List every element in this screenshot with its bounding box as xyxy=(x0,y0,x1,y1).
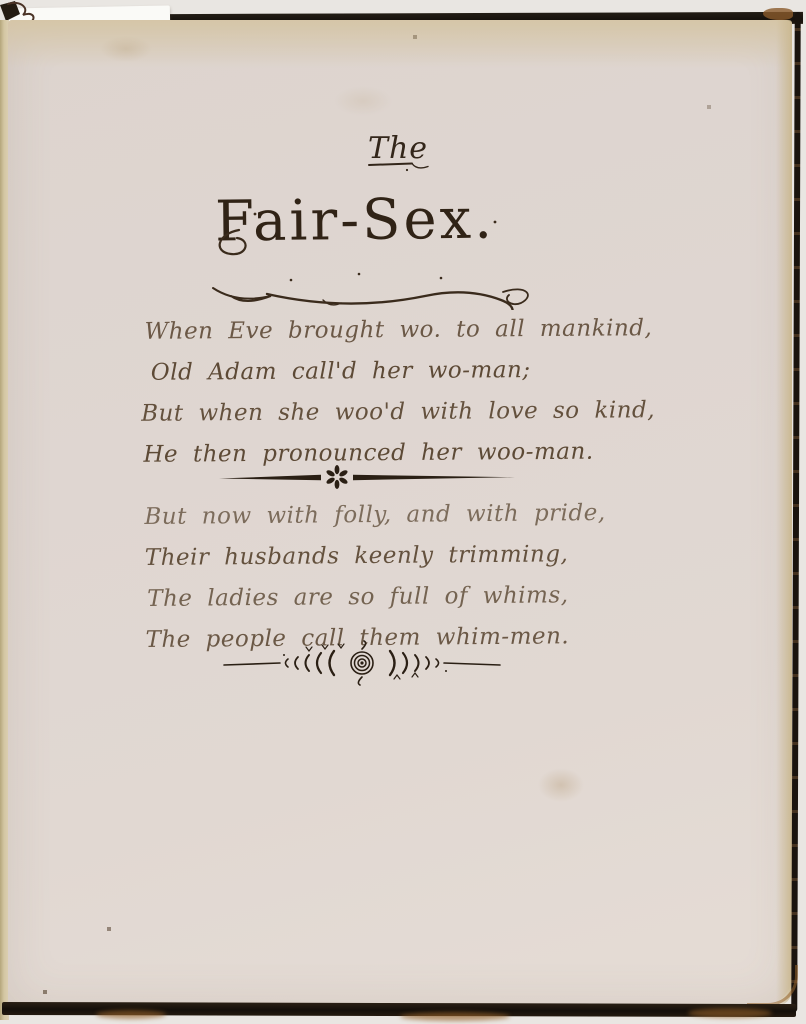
paper-stain xyxy=(100,36,152,62)
poem-line: But when she woo'd with love so kind, xyxy=(141,390,655,435)
paper-specks xyxy=(8,20,10,22)
poem-line: When Eve brought wo. to all mankind, xyxy=(144,308,654,353)
album-book-scan: The Fair-Sex. When Eve brought xyxy=(0,0,806,1024)
poem-stanza-1: When Eve brought wo. to all mankind, Old… xyxy=(144,308,655,476)
poem-line: The ladies are so full of whims, xyxy=(147,575,607,620)
wear-smudge xyxy=(96,1010,166,1019)
paper-stain xyxy=(334,86,392,116)
book-cover-right-edge xyxy=(791,12,800,1012)
worn-corner-top-right xyxy=(763,8,793,20)
rosette-divider-icon xyxy=(217,464,517,492)
poem-line: Old Adam call'd her wo-man; xyxy=(151,349,655,394)
poem-line: But now with folly, and with pride, xyxy=(144,493,606,538)
poem-line: Their husbands keenly trimming, xyxy=(145,534,607,579)
title-swash-flourish-icon xyxy=(203,200,543,310)
wear-smudge xyxy=(400,1012,510,1021)
title-underline-flourish-icon xyxy=(366,160,436,176)
wear-smudge xyxy=(688,1008,772,1018)
scroll-divider-icon xyxy=(222,639,502,687)
poem-stanza-2: But now with folly, and with pride, Thei… xyxy=(144,493,607,661)
album-page: The Fair-Sex. When Eve brought xyxy=(8,20,792,1006)
paper-stain xyxy=(538,768,584,802)
